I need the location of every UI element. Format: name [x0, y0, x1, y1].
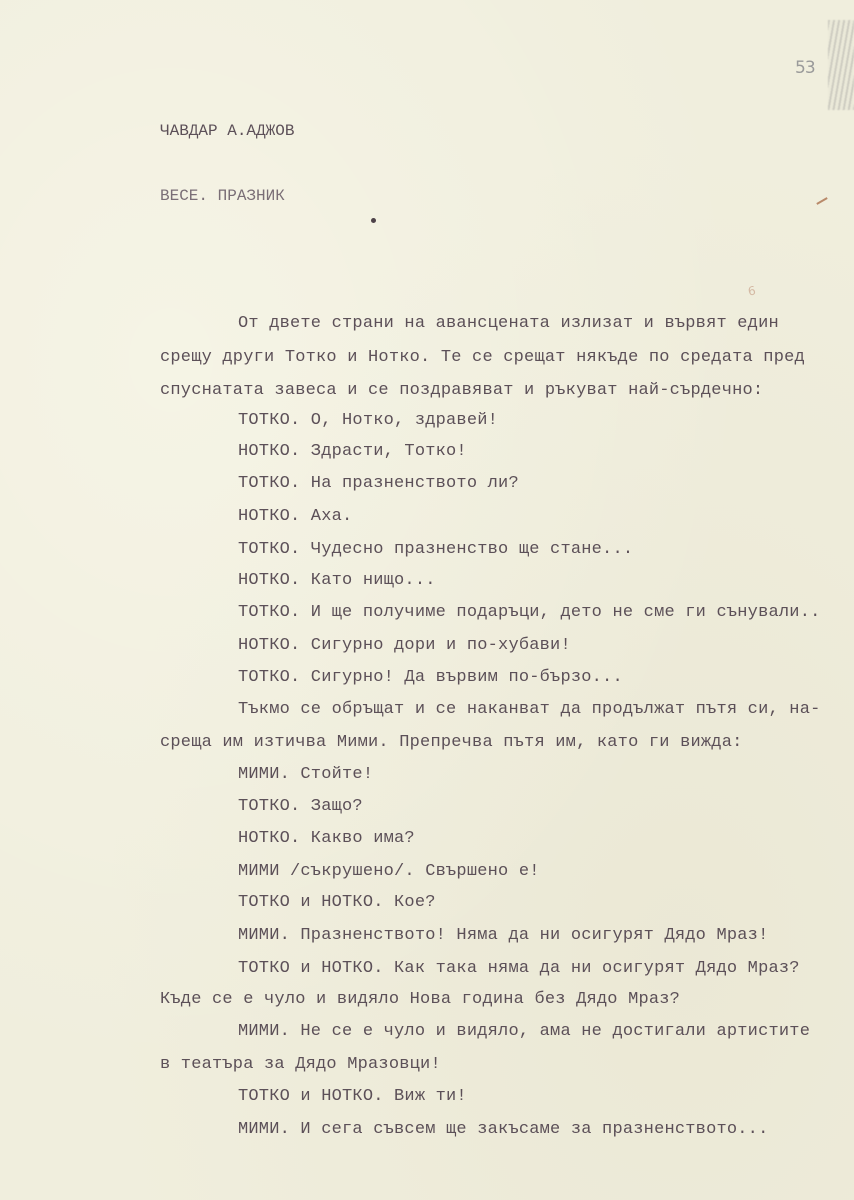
text-line: НОТКО. Сигурно дори и по-хубави! — [238, 636, 571, 656]
text-line: МИМИ /съкрушено/. Свършено е! — [238, 862, 540, 882]
text-line: спуснатата завеса и се поздравяват и рък… — [160, 381, 763, 401]
edge-smudge — [828, 20, 854, 110]
text-line: Къде се е чуло и видяло Нова година без … — [160, 990, 680, 1010]
text-line: срещу други Тотко и Нотко. Те се срещат … — [160, 348, 805, 368]
text-line: ТОТКО и НОТКО. Кое? — [238, 893, 436, 913]
text-line: НОТКО. Като нищо... — [238, 571, 436, 591]
text-line: МИМИ. Не се е чуло и видяло, ама не дост… — [238, 1022, 810, 1042]
author-name: ЧАВДАР А.АДЖОВ — [160, 121, 294, 141]
text-line: ТОТКО. Защо? — [238, 797, 363, 817]
text-line: в театъра за Дядо Мразовци! — [160, 1055, 441, 1075]
text-line: НОТКО. Какво има? — [238, 829, 415, 849]
text-line: ТОТКО. Сигурно! Да вървим по-бързо... — [238, 668, 623, 688]
text-line: ТОТКО. О, Нотко, здравей! — [238, 411, 498, 431]
text-line: ТОТКО и НОТКО. Виж ти! — [238, 1087, 467, 1107]
text-line: ТОТКО и НОТКО. Как така няма да ни осигу… — [238, 959, 800, 979]
text-line: МИМИ. И сега съвсем ще закъсаме за празн… — [238, 1120, 769, 1140]
text-line: От двете страни на авансцената излизат и… — [238, 314, 779, 334]
text-line: МИМИ. Стойте! — [238, 765, 373, 785]
text-line: ТОТКО. Чудесно празненство ще стане... — [238, 540, 633, 560]
text-line: среща им изтичва Мими. Препречва пътя им… — [160, 733, 743, 753]
text-line: МИМИ. Празненството! Няма да ни осигурят… — [238, 926, 769, 946]
paper-background — [0, 0, 854, 1200]
text-line: НОТКО. Здрасти, Тотко! — [238, 442, 467, 462]
text-line: Тъкмо се обръщат и се наканват да продъл… — [238, 700, 821, 720]
ink-dot — [371, 218, 376, 223]
text-line: ТОТКО. На празненството ли? — [238, 474, 519, 494]
text-line: ТОТКО. И ще получиме подаръци, дето не с… — [238, 603, 821, 623]
text-line: НОТКО. Аха. — [238, 507, 352, 527]
document-title: ВЕСЕ. ПРАЗНИК — [160, 186, 285, 206]
page-number: 53 — [795, 58, 815, 78]
